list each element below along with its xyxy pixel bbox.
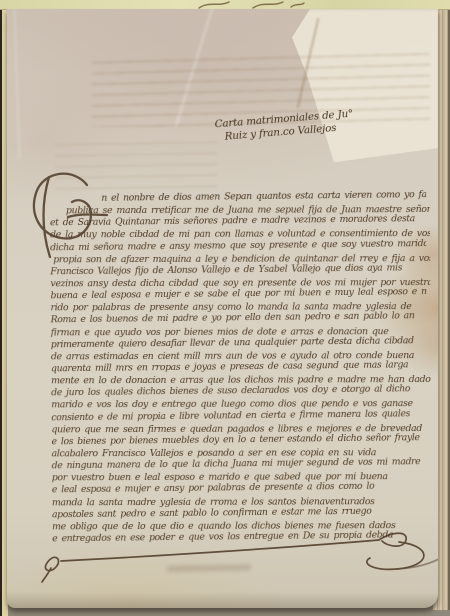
manuscript-text-line: Roma e los buenos de mi padre e yo por e… — [51, 310, 427, 326]
manuscript-text-block: n el nonbre de dios amen Sepan quantos e… — [50, 191, 432, 546]
cropped-ink-marks — [195, 0, 305, 9]
manuscript-text-line: e leal esposa e mujer e ansy por palabra… — [52, 480, 428, 496]
parchment-page: Carta matrimoniales de Ju° Ruiz y fran.c… — [7, 9, 438, 608]
scribal-paraph — [42, 557, 59, 582]
page-bottom-shadow — [7, 592, 438, 608]
manuscript-scan: Carta matrimoniales de Ju° Ruiz y fran.c… — [0, 0, 450, 616]
crease-left — [13, 9, 20, 159]
closing-flourish — [31, 521, 438, 585]
